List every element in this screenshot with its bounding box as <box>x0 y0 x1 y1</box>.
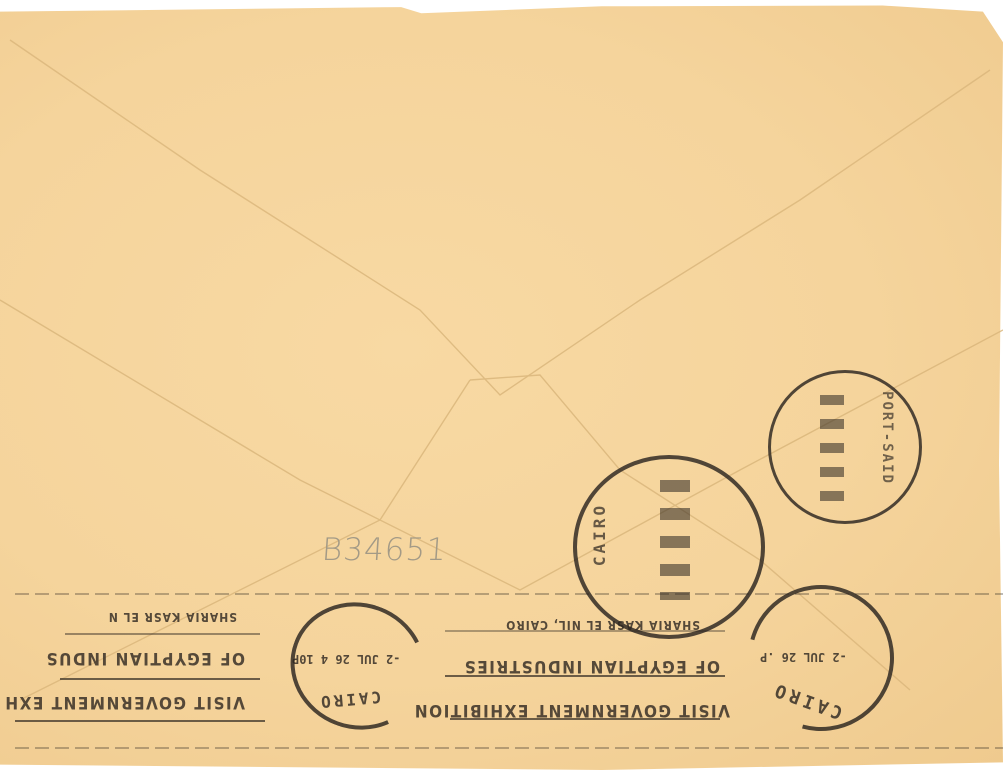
slogan-cancellation-left: SHARIA KASR EL N OF EGYPTIAN INDUS VISIT… <box>30 592 265 712</box>
postmark-date-bars <box>660 480 690 600</box>
postmark-date: -2 JUL 26 .P <box>760 650 847 664</box>
pencil-inventory-note: B34651 <box>321 532 448 568</box>
cancel-rule <box>450 718 720 720</box>
cancel-rule <box>60 678 260 680</box>
cancel-rule <box>445 675 725 677</box>
postmark-date: -2 JUL 26 4 10P <box>292 652 400 666</box>
slogan-line-industries: OF EGYPTIAN INDUS <box>45 648 245 668</box>
slogan-line-visit: VISIT GOVERNMENT EXHIBITION <box>413 700 730 720</box>
postmark-port-said <box>768 370 922 524</box>
postmark-city: PORT-SAID <box>879 391 895 485</box>
slogan-line-address: SHARIA KASR EL N <box>108 610 237 624</box>
slogan-line-industries: OF EGYPTIAN INDUSTRIES <box>463 656 720 676</box>
cancel-rule <box>15 720 265 722</box>
cancel-rule <box>65 633 260 635</box>
postmark-city: CAIRO <box>590 503 609 566</box>
postmark-date-bars <box>820 395 844 505</box>
slogan-line-visit: VISIT GOVERNMENT EXH <box>4 692 245 712</box>
